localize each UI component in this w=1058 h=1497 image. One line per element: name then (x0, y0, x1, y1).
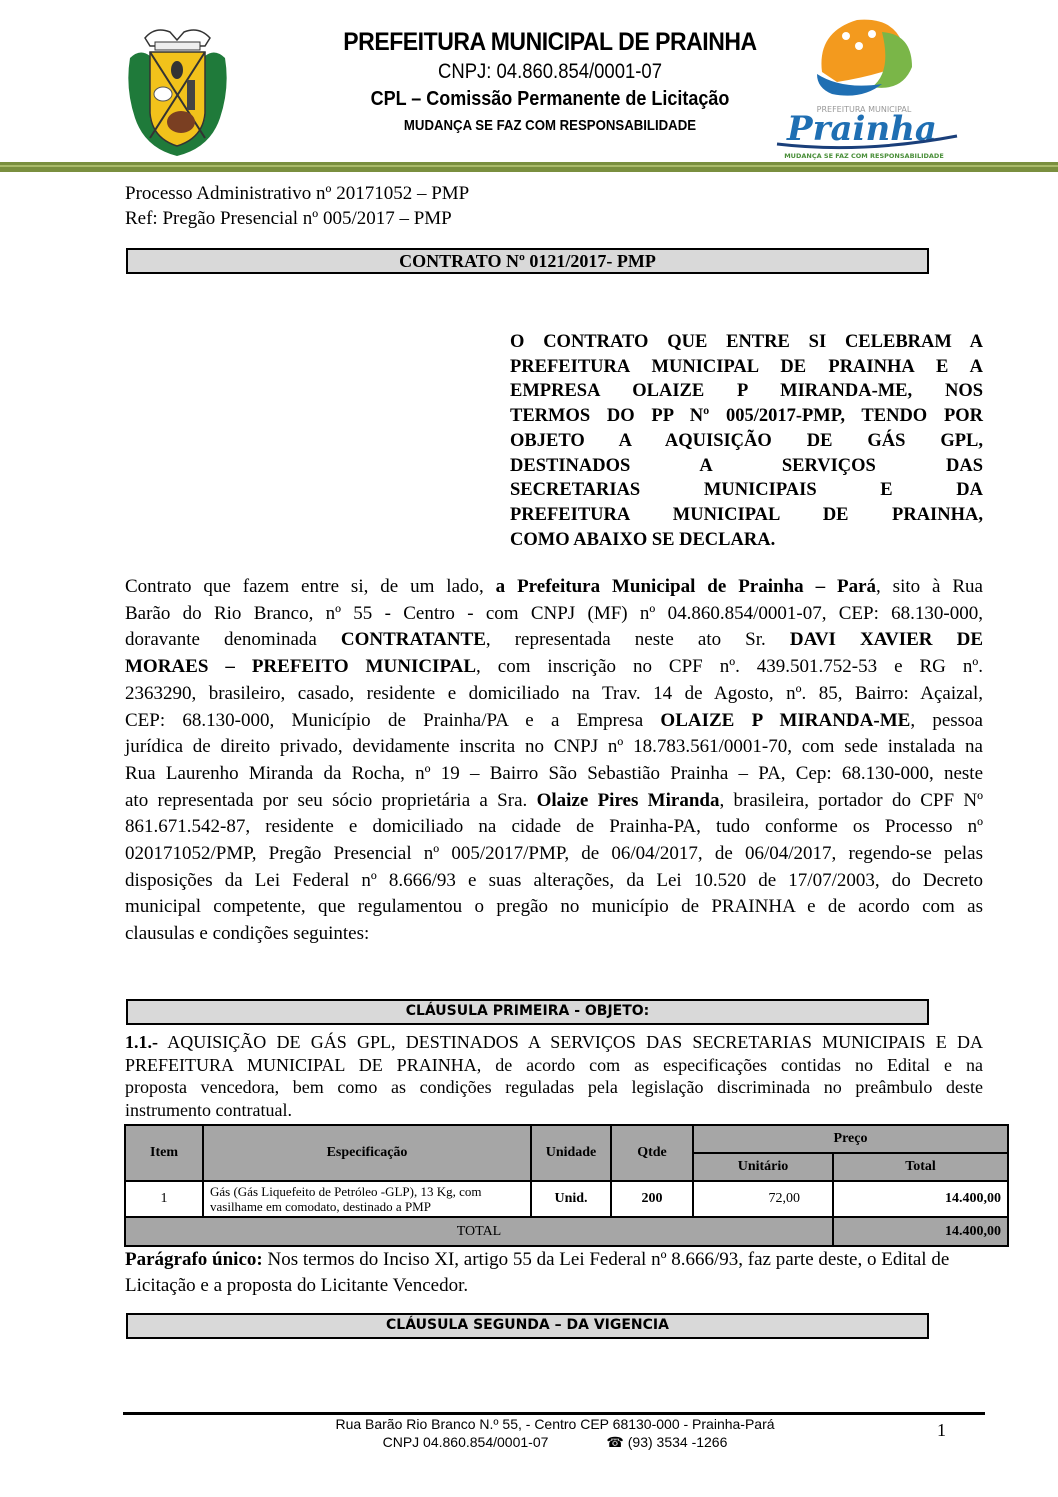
sole-paragraph: Parágrafo único: Nos termos do Inciso XI… (125, 1247, 983, 1299)
text: , sito à Rua (876, 576, 983, 597)
text: municipal competente, que regulamentou o… (125, 894, 983, 921)
text: Barão do Rio Branco, nº 55 - Centro - co… (125, 601, 983, 628)
text: , com inscrição no CPF nº. 439.501.752-5… (476, 656, 983, 677)
text: 861.671.542-87, residente e domiciliado … (125, 814, 983, 841)
col-spec: Especificação (203, 1125, 531, 1181)
preamble-line: SECRETARIAS MUNICIPAIS E DA (510, 478, 983, 503)
text: DAVI XAVIER DE (790, 629, 983, 650)
preamble-line: DESTINADOS A SERVIÇOS DAS (510, 454, 983, 479)
cell-item: 1 (125, 1181, 203, 1217)
text: ato representada por seu sócio proprietá… (125, 790, 537, 811)
table-row: 1 Gás (Gás Liquefeito de Petróleo -GLP),… (125, 1181, 1008, 1217)
preamble-line: O CONTRATO QUE ENTRE SI CELEBRAM A (510, 330, 983, 355)
prainha-logo-icon: PREFEITURA MUNICIPAL Prainha MUDANÇA SE … (762, 12, 967, 162)
contract-title: CONTRATO Nº 0121/2017- PMP (126, 248, 929, 274)
org-committee: CPL – Comissão Permanente de Licitação (325, 88, 775, 111)
preamble-line: PREFEITURA MUNICIPAL DE PRAINHA, (510, 503, 983, 528)
total-label: TOTAL (125, 1217, 833, 1246)
preamble-line: PREFEITURA MUNICIPAL DE PRAINHA E A (510, 355, 983, 380)
col-qty: Qtde (611, 1125, 693, 1181)
svg-text:MUDANÇA SE FAZ COM RESPONSABIL: MUDANÇA SE FAZ COM RESPONSABILIDADE (784, 152, 944, 160)
preamble-line: COMO ABAIXO SE DECLARA. (510, 528, 983, 553)
text: MORAES – PREFEITO MUNICIPAL (125, 656, 476, 677)
sole-paragraph-label: Parágrafo único: (125, 1249, 263, 1270)
cell-total: 14.400,00 (833, 1181, 1008, 1217)
contract-parties-paragraph: Contrato que fazem entre si, de um lado,… (125, 574, 983, 948)
cell-unit: Unid. (531, 1181, 611, 1217)
org-motto: MUDANÇA SE FAZ COM RESPONSABILIDADE (330, 117, 770, 134)
footer-divider (123, 1412, 985, 1415)
text: jurídica de direito privado, devidamente… (125, 734, 983, 761)
footer-cnpj: CNPJ 04.860.854/0001-07 (383, 1434, 549, 1450)
text: Olaize Pires Miranda (537, 790, 720, 811)
cell-unit-price: 72,00 (693, 1181, 833, 1217)
footer-contact: CNPJ 04.860.854/0001-07☎ (93) 3534 -1266 (200, 1434, 910, 1451)
table-total-row: TOTAL 14.400,00 (125, 1217, 1008, 1246)
col-item: Item (125, 1125, 203, 1181)
text: 2363290, brasileiro, casado, residente e… (125, 681, 983, 708)
header-divider (0, 162, 1058, 172)
text: a Prefeitura Municipal de Prainha – Pará (496, 576, 876, 597)
cell-spec: Gás (Gás Liquefeito de Petróleo -GLP), 1… (203, 1181, 531, 1217)
text: clausulas e condições seguintes: (125, 921, 983, 948)
contract-preamble: O CONTRATO QUE ENTRE SI CELEBRAM A PREFE… (510, 330, 983, 552)
preamble-line: EMPRESA OLAIZE P MIRANDA-ME, NOS (510, 379, 983, 404)
phone-icon: ☎ (606, 1434, 623, 1450)
text: , representada neste ato Sr. (486, 629, 790, 650)
text: AQUISIÇÃO DE GÁS GPL, DESTINADOS A SERVI… (158, 1032, 983, 1052)
text: OLAIZE P MIRANDA-ME (660, 710, 910, 731)
text: disposições da Lei Federal nº 8.666/93 e… (125, 868, 983, 895)
coat-of-arms-icon (125, 18, 230, 158)
total-value: 14.400,00 (833, 1217, 1008, 1246)
org-title: PREFEITURA MUNICIPAL DE PRAINHA (320, 28, 780, 57)
text: doravante denominada (125, 629, 341, 650)
process-reference: Processo Administrativo nº 20171052 – PM… (125, 183, 469, 205)
text: Contrato que fazem entre si, de um lado, (125, 576, 496, 597)
org-cnpj: CNPJ: 04.860.854/0001-07 (330, 60, 770, 84)
text: , brasileira, portador do CPF Nº (719, 790, 983, 811)
footer-phone: (93) 3534 -1266 (628, 1434, 728, 1450)
text: proposta vencedora, bem como as condiçõe… (125, 1076, 983, 1099)
col-total: Total (833, 1153, 1008, 1181)
page-number: 1 (937, 1420, 946, 1441)
cell-qty: 200 (611, 1181, 693, 1217)
clause-2-title: CLÁUSULA SEGUNDA – DA VIGENCIA (126, 1313, 929, 1339)
items-table: Item Especificação Unidade Qtde Preço Un… (124, 1124, 1009, 1247)
text: CONTRATANTE (341, 629, 486, 650)
pregao-reference: Ref: Pregão Presencial nº 005/2017 – PMP (125, 208, 452, 230)
clause-1-title: CLÁUSULA PRIMEIRA - OBJETO: (126, 999, 929, 1025)
col-price: Preço (693, 1125, 1008, 1153)
text: CEP: 68.130-000, Município de Prainha/PA… (125, 710, 660, 731)
col-unit: Unidade (531, 1125, 611, 1181)
text: PREFEITURA MUNICIPAL DE PRAINHA, de acor… (125, 1054, 983, 1077)
text: instrumento contratual. (125, 1099, 983, 1122)
preamble-line: OBJETO A AQUISIÇÃO DE GÁS GPL, (510, 429, 983, 454)
clause-1-text: 1.1.- AQUISIÇÃO DE GÁS GPL, DESTINADOS A… (125, 1031, 983, 1121)
text: 020171052/PMP, Pregão Presencial nº 005/… (125, 841, 983, 868)
text: , pessoa (910, 710, 983, 731)
clause-number: 1.1.- (125, 1032, 158, 1052)
text: Rua Laurenho Miranda da Rocha, nº 19 – B… (125, 761, 983, 788)
footer-address: Rua Barão Rio Branco N.º 55, - Centro CE… (200, 1416, 910, 1432)
col-unit-price: Unitário (693, 1153, 833, 1181)
preamble-line: TERMOS DO PP Nº 005/2017-PMP, TENDO POR (510, 404, 983, 429)
